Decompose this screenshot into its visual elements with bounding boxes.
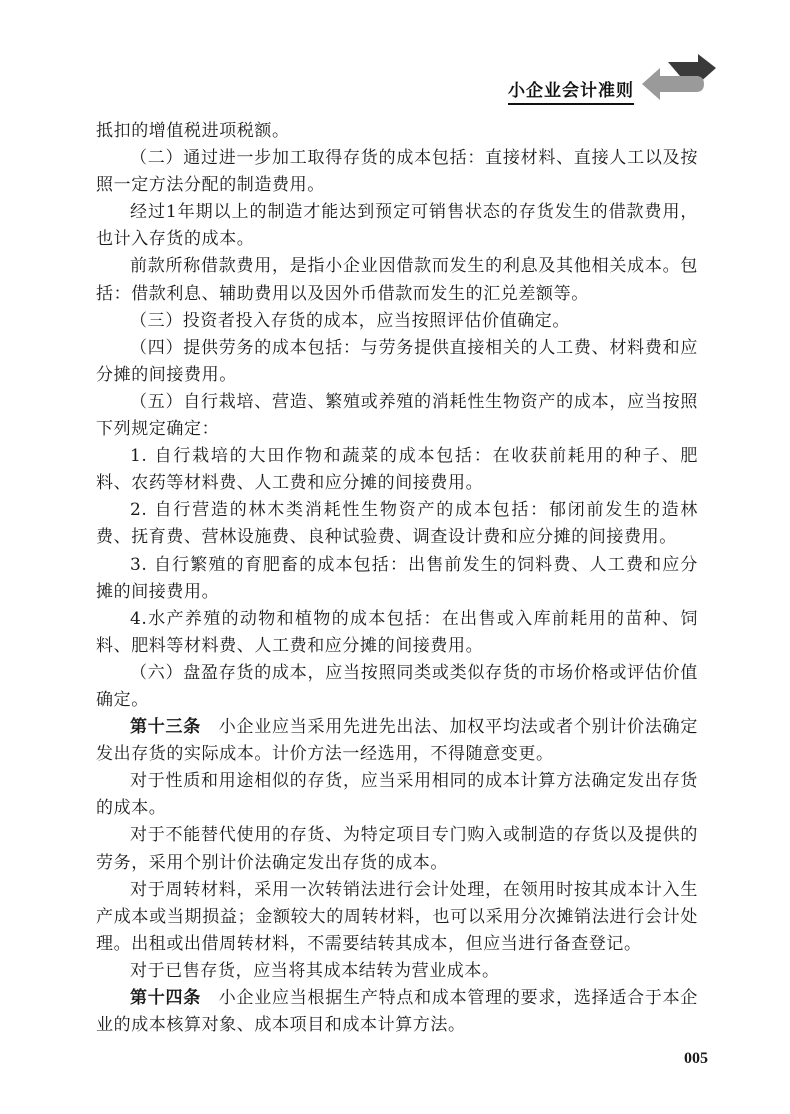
paragraph-9: 3. 自行繁殖的育肥畜的成本包括：出售前发生的饲料费、人工费和应分摊的间接费用。: [96, 552, 698, 606]
paragraph-0: 抵扣的增值税进项税额。: [96, 118, 698, 145]
paragraph-8: 2. 自行营造的林木类消耗性生物资产的成本包括：郁闭前发生的造林费、抚育费、营林…: [96, 497, 698, 551]
paragraph-4: （三）投资者投入存货的成本，应当按照评估价值确定。: [96, 308, 698, 335]
paragraph-2: 经过1年期以上的制造才能达到预定可销售状态的存货发生的借款费用，也计入存货的成本…: [96, 199, 698, 253]
article-13: 第十三条 小企业应当采用先进先出法、加权平均法或者个别计价法确定发出存货的实际成…: [96, 714, 698, 768]
body-text: 抵扣的增值税进项税额。 （二）通过进一步加工取得存货的成本包括：直接材料、直接人…: [96, 118, 698, 1039]
article-label: 第十三条: [130, 717, 201, 737]
paragraph-6: （五）自行栽培、营造、繁殖或养殖的消耗性生物资产的成本，应当按照下列规定确定：: [96, 389, 698, 443]
paragraph-7: 1. 自行栽培的大田作物和蔬菜的成本包括：在收获前耗用的种子、肥料、农药等材料费…: [96, 443, 698, 497]
double-arrow-icon: [640, 52, 720, 102]
paragraph-15: 对于周转材料，采用一次转销法进行会计处理，在领用时按其成本计入生产成本或当期损益…: [96, 877, 698, 958]
book-title: 小企业会计准则: [508, 76, 634, 105]
paragraph-10: 4.水产养殖的动物和植物的成本包括：在出售或入库前耗用的苗种、饲料、肥料等材料费…: [96, 606, 698, 660]
paragraph-14: 对于不能替代使用的存货、为特定项目专门购入或制造的存货以及提供的劳务，采用个别计…: [96, 822, 698, 876]
paragraph-13: 对于性质和用途相似的存货，应当采用相同的成本计算方法确定发出存货的成本。: [96, 768, 698, 822]
article-label: 第十四条: [130, 988, 201, 1008]
page-number: 005: [684, 1050, 708, 1068]
paragraph-11: （六）盘盈存货的成本，应当按照同类或类似存货的市场价格或评估价值确定。: [96, 660, 698, 714]
article-14: 第十四条 小企业应当根据生产特点和成本管理的要求，选择适合于本企业的成本核算对象…: [96, 985, 698, 1039]
paragraph-3: 前款所称借款费用，是指小企业因借款而发生的利息及其他相关成本。包括：借款利息、辅…: [96, 253, 698, 307]
paragraph-1: （二）通过进一步加工取得存货的成本包括：直接材料、直接人工以及按照一定方法分配的…: [96, 145, 698, 199]
running-header: 小企业会计准则: [500, 52, 720, 102]
paragraph-5: （四）提供劳务的成本包括：与劳务提供直接相关的人工费、材料费和应分摊的间接费用。: [96, 335, 698, 389]
paragraph-16: 对于已售存货，应当将其成本结转为营业成本。: [96, 958, 698, 985]
